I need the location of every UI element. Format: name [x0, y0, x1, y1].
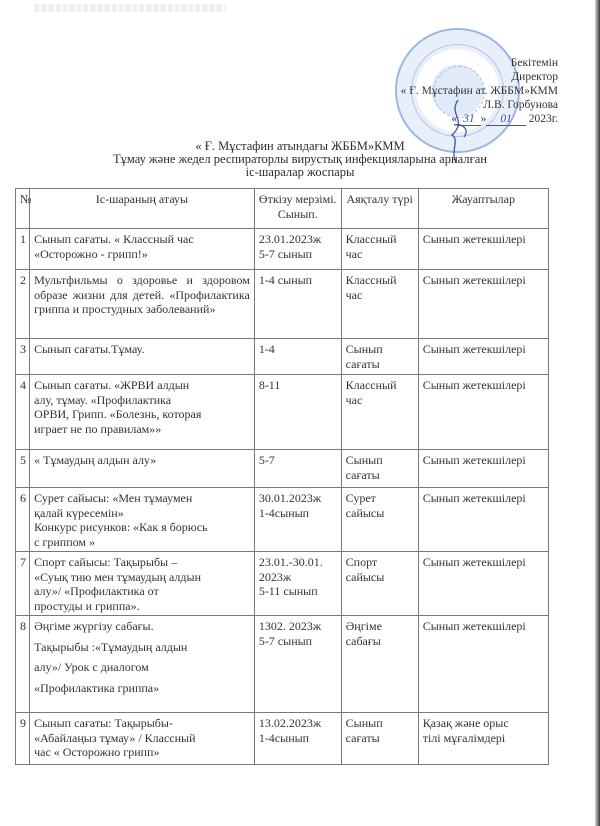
cell-number: 7 — [16, 552, 30, 616]
cell-responsible: Сынып жетекшілері — [418, 339, 548, 375]
cell-event-name: Мультфильмы о здоровье и здоровом образе… — [30, 270, 255, 339]
approval-line: Л.В. Горбунова — [401, 98, 558, 112]
cell-event-name: Сурет сайысы: «Мен тұмауменқалай күресем… — [30, 488, 255, 552]
cell-number: 9 — [16, 713, 30, 765]
cell-responsible: Сынып жетекшілері — [418, 270, 548, 339]
cell-number: 2 — [16, 270, 30, 339]
table-row: 6Сурет сайысы: «Мен тұмауменқалай күресе… — [16, 488, 549, 552]
scan-edge — [595, 0, 600, 826]
date-day: 31 — [457, 113, 481, 126]
cell-date-class: 13.02.2023ж1-4сынып — [254, 713, 341, 765]
cell-responsible: Қазақ және орыстілі мұғалімдері — [418, 713, 548, 765]
cell-date-class: 8-11 — [254, 375, 341, 450]
document-title: « Ғ. Мұстафин атындағы ЖББМ»КММ Тұмау жә… — [0, 140, 600, 179]
cell-event-name: Сынып сағаты: Тақырыбы-«Абайлаңыз тұмау»… — [30, 713, 255, 765]
cell-date-class: 30.01.2023ж1-4сынып — [254, 488, 341, 552]
cell-completion-type: Сыныпсағаты — [341, 450, 418, 488]
date-year: 2023г. — [529, 113, 558, 125]
scan-artifact — [35, 4, 225, 12]
cell-responsible: Сынып жетекшілері — [418, 616, 548, 713]
table-body: 1Сынып сағаты. « Классный час«Осторожно … — [16, 229, 549, 765]
cell-number: 4 — [16, 375, 30, 450]
header-responsible: Жауаптылар — [418, 189, 548, 229]
cell-completion-type: Сыныпсағаты — [341, 339, 418, 375]
cell-completion-type: Суретсайысы — [341, 488, 418, 552]
cell-event-name: Сынып сағаты. « Классный час«Осторожно -… — [30, 229, 255, 270]
cell-completion-type: Классныйчас — [341, 375, 418, 450]
header-event-name: Іс-шараның атауы — [30, 189, 255, 229]
cell-date-class: 1-4 сынып — [254, 270, 341, 339]
table-row: 9 Сынып сағаты: Тақырыбы-«Абайлаңыз тұма… — [16, 713, 549, 765]
cell-event-name: Әңгіме жүргізу сабағы.Тақырыбы :«Тұмауды… — [30, 616, 255, 713]
cell-date-class: 23.01.2023ж5-7 сынып — [254, 229, 341, 270]
title-plan: іс-шаралар жоспары — [0, 166, 600, 179]
table-row: 1Сынып сағаты. « Классный час«Осторожно … — [16, 229, 549, 270]
cell-completion-type: Спортсайысы — [341, 552, 418, 616]
cell-responsible: Сынып жетекшілері — [418, 450, 548, 488]
header-date-class: Өткізу мерзімі. Сынып. — [254, 189, 341, 229]
cell-number: 5 — [16, 450, 30, 488]
cell-responsible: Сынып жетекшілері — [418, 552, 548, 616]
approval-line: « Ғ. Мұстафин ат. ЖББМ»КММ — [401, 84, 558, 98]
date-month: 01 — [486, 113, 526, 126]
table-row: 4Сынып сағаты. «ЖРВИ алдыналу, тұмау. «П… — [16, 375, 549, 450]
table-header-row: № Іс-шараның атауы Өткізу мерзімі. Сынып… — [16, 189, 549, 229]
approval-block: Бекітемін Директор « Ғ. Мұстафин ат. ЖББ… — [401, 56, 558, 126]
table-row: 5« Тұмаудың алдын алу»5-7СыныпсағатыСыны… — [16, 450, 549, 488]
cell-number: 8 — [16, 616, 30, 713]
cell-number: 6 — [16, 488, 30, 552]
table-row: 3Сынып сағаты.Тұмау.1-4СыныпсағатыСынып … — [16, 339, 549, 375]
cell-responsible: Сынып жетекшілері — [418, 375, 548, 450]
cell-number: 1 — [16, 229, 30, 270]
header-completion-type: Аяқталу түрі — [341, 189, 418, 229]
cell-event-name: Спорт сайысы: Тақырыбы –«Суық тию мен тұ… — [30, 552, 255, 616]
table-row: 2Мультфильмы о здоровье и здоровом образ… — [16, 270, 549, 339]
plan-table: № Іс-шараның атауы Өткізу мерзімі. Сынып… — [15, 188, 549, 765]
cell-event-name: Сынып сағаты.Тұмау. — [30, 339, 255, 375]
cell-date-class: 23.01.-30.01.2023ж5-11 сынып — [254, 552, 341, 616]
header-number: № — [16, 189, 30, 229]
approval-line: Бекітемін — [401, 56, 558, 70]
cell-completion-type: Классныйчас — [341, 270, 418, 339]
approval-date: «31»01 2023г. — [401, 112, 558, 126]
cell-completion-type: Сыныпсағаты — [341, 713, 418, 765]
table-row: 7Спорт сайысы: Тақырыбы –«Суық тию мен т… — [16, 552, 549, 616]
cell-responsible: Сынып жетекшілері — [418, 229, 548, 270]
cell-completion-type: Әңгімесабағы — [341, 616, 418, 713]
cell-event-name: Сынып сағаты. «ЖРВИ алдыналу, тұмау. «Пр… — [30, 375, 255, 450]
approval-line: Директор — [401, 70, 558, 84]
cell-event-name: « Тұмаудың алдын алу» — [30, 450, 255, 488]
cell-completion-type: Классныйчас — [341, 229, 418, 270]
cell-responsible: Сынып жетекшілері — [418, 488, 548, 552]
cell-date-class: 1302. 2023ж5-7 сынып — [254, 616, 341, 713]
table-row: 8Әңгіме жүргізу сабағы.Тақырыбы :«Тұмауд… — [16, 616, 549, 713]
cell-date-class: 5-7 — [254, 450, 341, 488]
cell-date-class: 1-4 — [254, 339, 341, 375]
cell-number: 3 — [16, 339, 30, 375]
